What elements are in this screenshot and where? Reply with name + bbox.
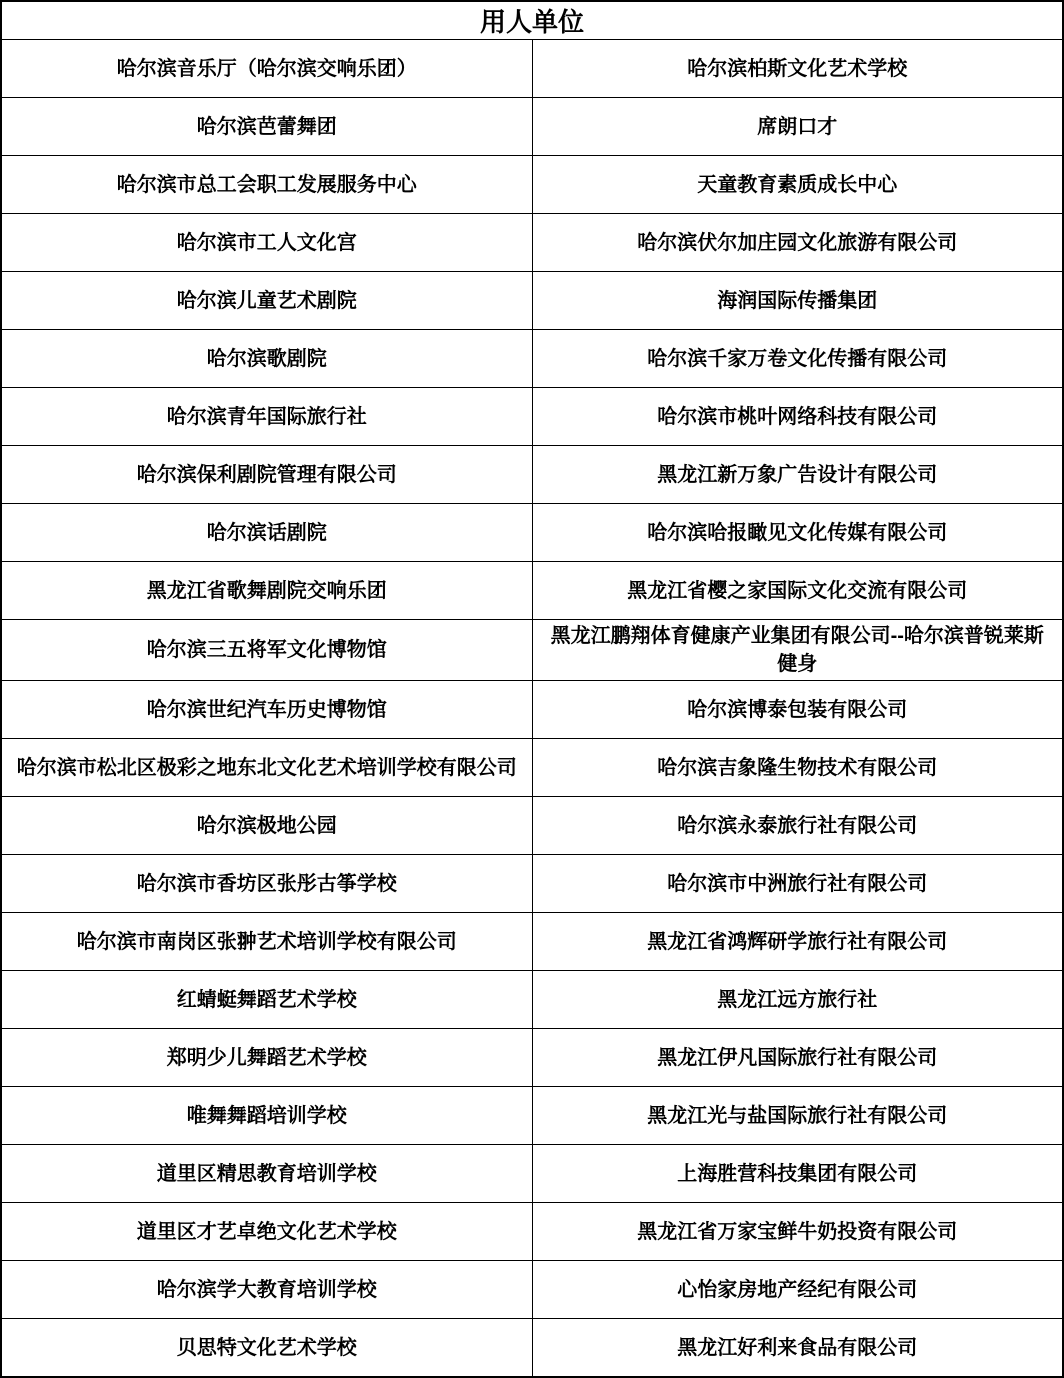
employer-cell: 哈尔滨芭蕾舞团	[1, 98, 532, 156]
table-row: 哈尔滨世纪汽车历史博物馆哈尔滨博泰包装有限公司	[1, 681, 1063, 739]
employer-cell: 黑龙江省鸿辉研学旅行社有限公司	[532, 913, 1063, 971]
employer-cell: 哈尔滨三五将军文化博物馆	[1, 620, 532, 681]
employer-cell: 哈尔滨话剧院	[1, 504, 532, 562]
employer-cell: 贝思特文化艺术学校	[1, 1319, 532, 1378]
employer-cell: 哈尔滨永泰旅行社有限公司	[532, 797, 1063, 855]
table-row: 哈尔滨保利剧院管理有限公司黑龙江新万象广告设计有限公司	[1, 446, 1063, 504]
employer-cell: 哈尔滨市中洲旅行社有限公司	[532, 855, 1063, 913]
employer-cell: 黑龙江远方旅行社	[532, 971, 1063, 1029]
table-row: 哈尔滨市南岗区张翀艺术培训学校有限公司黑龙江省鸿辉研学旅行社有限公司	[1, 913, 1063, 971]
table-row: 哈尔滨极地公园哈尔滨永泰旅行社有限公司	[1, 797, 1063, 855]
employer-cell: 哈尔滨儿童艺术剧院	[1, 272, 532, 330]
employer-cell: 唯舞舞蹈培训学校	[1, 1087, 532, 1145]
employer-cell: 红蜻蜓舞蹈艺术学校	[1, 971, 532, 1029]
table-row: 哈尔滨市工人文化宫哈尔滨伏尔加庄园文化旅游有限公司	[1, 214, 1063, 272]
employer-table-body: 哈尔滨音乐厅（哈尔滨交响乐团）哈尔滨柏斯文化艺术学校哈尔滨芭蕾舞团席朗口才哈尔滨…	[1, 40, 1063, 1378]
employer-cell: 哈尔滨极地公园	[1, 797, 532, 855]
employer-cell: 哈尔滨市南岗区张翀艺术培训学校有限公司	[1, 913, 532, 971]
table-row: 哈尔滨三五将军文化博物馆黑龙江鹏翔体育健康产业集团有限公司--哈尔滨普锐莱斯健身	[1, 620, 1063, 681]
employer-cell: 黑龙江好利来食品有限公司	[532, 1319, 1063, 1378]
table-header-row: 用人单位	[1, 1, 1063, 40]
table-row: 道里区才艺卓绝文化艺术学校黑龙江省万家宝鲜牛奶投资有限公司	[1, 1203, 1063, 1261]
employer-cell: 黑龙江新万象广告设计有限公司	[532, 446, 1063, 504]
employer-cell: 黑龙江省歌舞剧院交响乐团	[1, 562, 532, 620]
table-row: 哈尔滨青年国际旅行社哈尔滨市桃叶网络科技有限公司	[1, 388, 1063, 446]
employer-cell: 上海胜营科技集团有限公司	[532, 1145, 1063, 1203]
employer-cell: 哈尔滨青年国际旅行社	[1, 388, 532, 446]
employer-cell: 哈尔滨市桃叶网络科技有限公司	[532, 388, 1063, 446]
employer-cell: 黑龙江省万家宝鲜牛奶投资有限公司	[532, 1203, 1063, 1261]
employer-cell: 哈尔滨音乐厅（哈尔滨交响乐团）	[1, 40, 532, 98]
table-row: 贝思特文化艺术学校黑龙江好利来食品有限公司	[1, 1319, 1063, 1378]
table-row: 哈尔滨芭蕾舞团席朗口才	[1, 98, 1063, 156]
employer-cell: 海润国际传播集团	[532, 272, 1063, 330]
employer-cell: 心怡家房地产经纪有限公司	[532, 1261, 1063, 1319]
employer-cell: 哈尔滨哈报瞰见文化传媒有限公司	[532, 504, 1063, 562]
employer-cell: 哈尔滨千家万卷文化传播有限公司	[532, 330, 1063, 388]
employer-cell: 哈尔滨柏斯文化艺术学校	[532, 40, 1063, 98]
table-row: 哈尔滨学大教育培训学校心怡家房地产经纪有限公司	[1, 1261, 1063, 1319]
employer-cell: 道里区才艺卓绝文化艺术学校	[1, 1203, 532, 1261]
employer-cell: 道里区精思教育培训学校	[1, 1145, 532, 1203]
employer-cell: 哈尔滨市香坊区张彤古筝学校	[1, 855, 532, 913]
employer-cell: 天童教育素质成长中心	[532, 156, 1063, 214]
employer-cell: 黑龙江鹏翔体育健康产业集团有限公司--哈尔滨普锐莱斯健身	[532, 620, 1063, 681]
table-row: 道里区精思教育培训学校上海胜营科技集团有限公司	[1, 1145, 1063, 1203]
employer-cell: 黑龙江光与盐国际旅行社有限公司	[532, 1087, 1063, 1145]
table-row: 红蜻蜓舞蹈艺术学校黑龙江远方旅行社	[1, 971, 1063, 1029]
table-title: 用人单位	[1, 1, 1063, 40]
table-row: 哈尔滨儿童艺术剧院海润国际传播集团	[1, 272, 1063, 330]
employer-cell: 哈尔滨伏尔加庄园文化旅游有限公司	[532, 214, 1063, 272]
table-row: 哈尔滨话剧院哈尔滨哈报瞰见文化传媒有限公司	[1, 504, 1063, 562]
table-row: 哈尔滨市松北区极彩之地东北文化艺术培训学校有限公司哈尔滨吉象隆生物技术有限公司	[1, 739, 1063, 797]
employer-cell: 黑龙江省樱之家国际文化交流有限公司	[532, 562, 1063, 620]
employer-cell: 郑明少儿舞蹈艺术学校	[1, 1029, 532, 1087]
employer-cell: 哈尔滨吉象隆生物技术有限公司	[532, 739, 1063, 797]
table-row: 唯舞舞蹈培训学校黑龙江光与盐国际旅行社有限公司	[1, 1087, 1063, 1145]
employer-cell: 席朗口才	[532, 98, 1063, 156]
table-row: 哈尔滨歌剧院哈尔滨千家万卷文化传播有限公司	[1, 330, 1063, 388]
table-row: 黑龙江省歌舞剧院交响乐团黑龙江省樱之家国际文化交流有限公司	[1, 562, 1063, 620]
table-row: 哈尔滨市总工会职工发展服务中心天童教育素质成长中心	[1, 156, 1063, 214]
table-row: 郑明少儿舞蹈艺术学校黑龙江伊凡国际旅行社有限公司	[1, 1029, 1063, 1087]
employer-table: 用人单位 哈尔滨音乐厅（哈尔滨交响乐团）哈尔滨柏斯文化艺术学校哈尔滨芭蕾舞团席朗…	[0, 0, 1064, 1378]
employer-cell: 黑龙江伊凡国际旅行社有限公司	[532, 1029, 1063, 1087]
employer-cell: 哈尔滨博泰包装有限公司	[532, 681, 1063, 739]
table-row: 哈尔滨音乐厅（哈尔滨交响乐团）哈尔滨柏斯文化艺术学校	[1, 40, 1063, 98]
employer-cell: 哈尔滨市松北区极彩之地东北文化艺术培训学校有限公司	[1, 739, 532, 797]
employer-cell: 哈尔滨市总工会职工发展服务中心	[1, 156, 532, 214]
employer-cell: 哈尔滨学大教育培训学校	[1, 1261, 532, 1319]
employer-cell: 哈尔滨保利剧院管理有限公司	[1, 446, 532, 504]
table-row: 哈尔滨市香坊区张彤古筝学校哈尔滨市中洲旅行社有限公司	[1, 855, 1063, 913]
employer-cell: 哈尔滨市工人文化宫	[1, 214, 532, 272]
employer-cell: 哈尔滨世纪汽车历史博物馆	[1, 681, 532, 739]
employer-cell: 哈尔滨歌剧院	[1, 330, 532, 388]
